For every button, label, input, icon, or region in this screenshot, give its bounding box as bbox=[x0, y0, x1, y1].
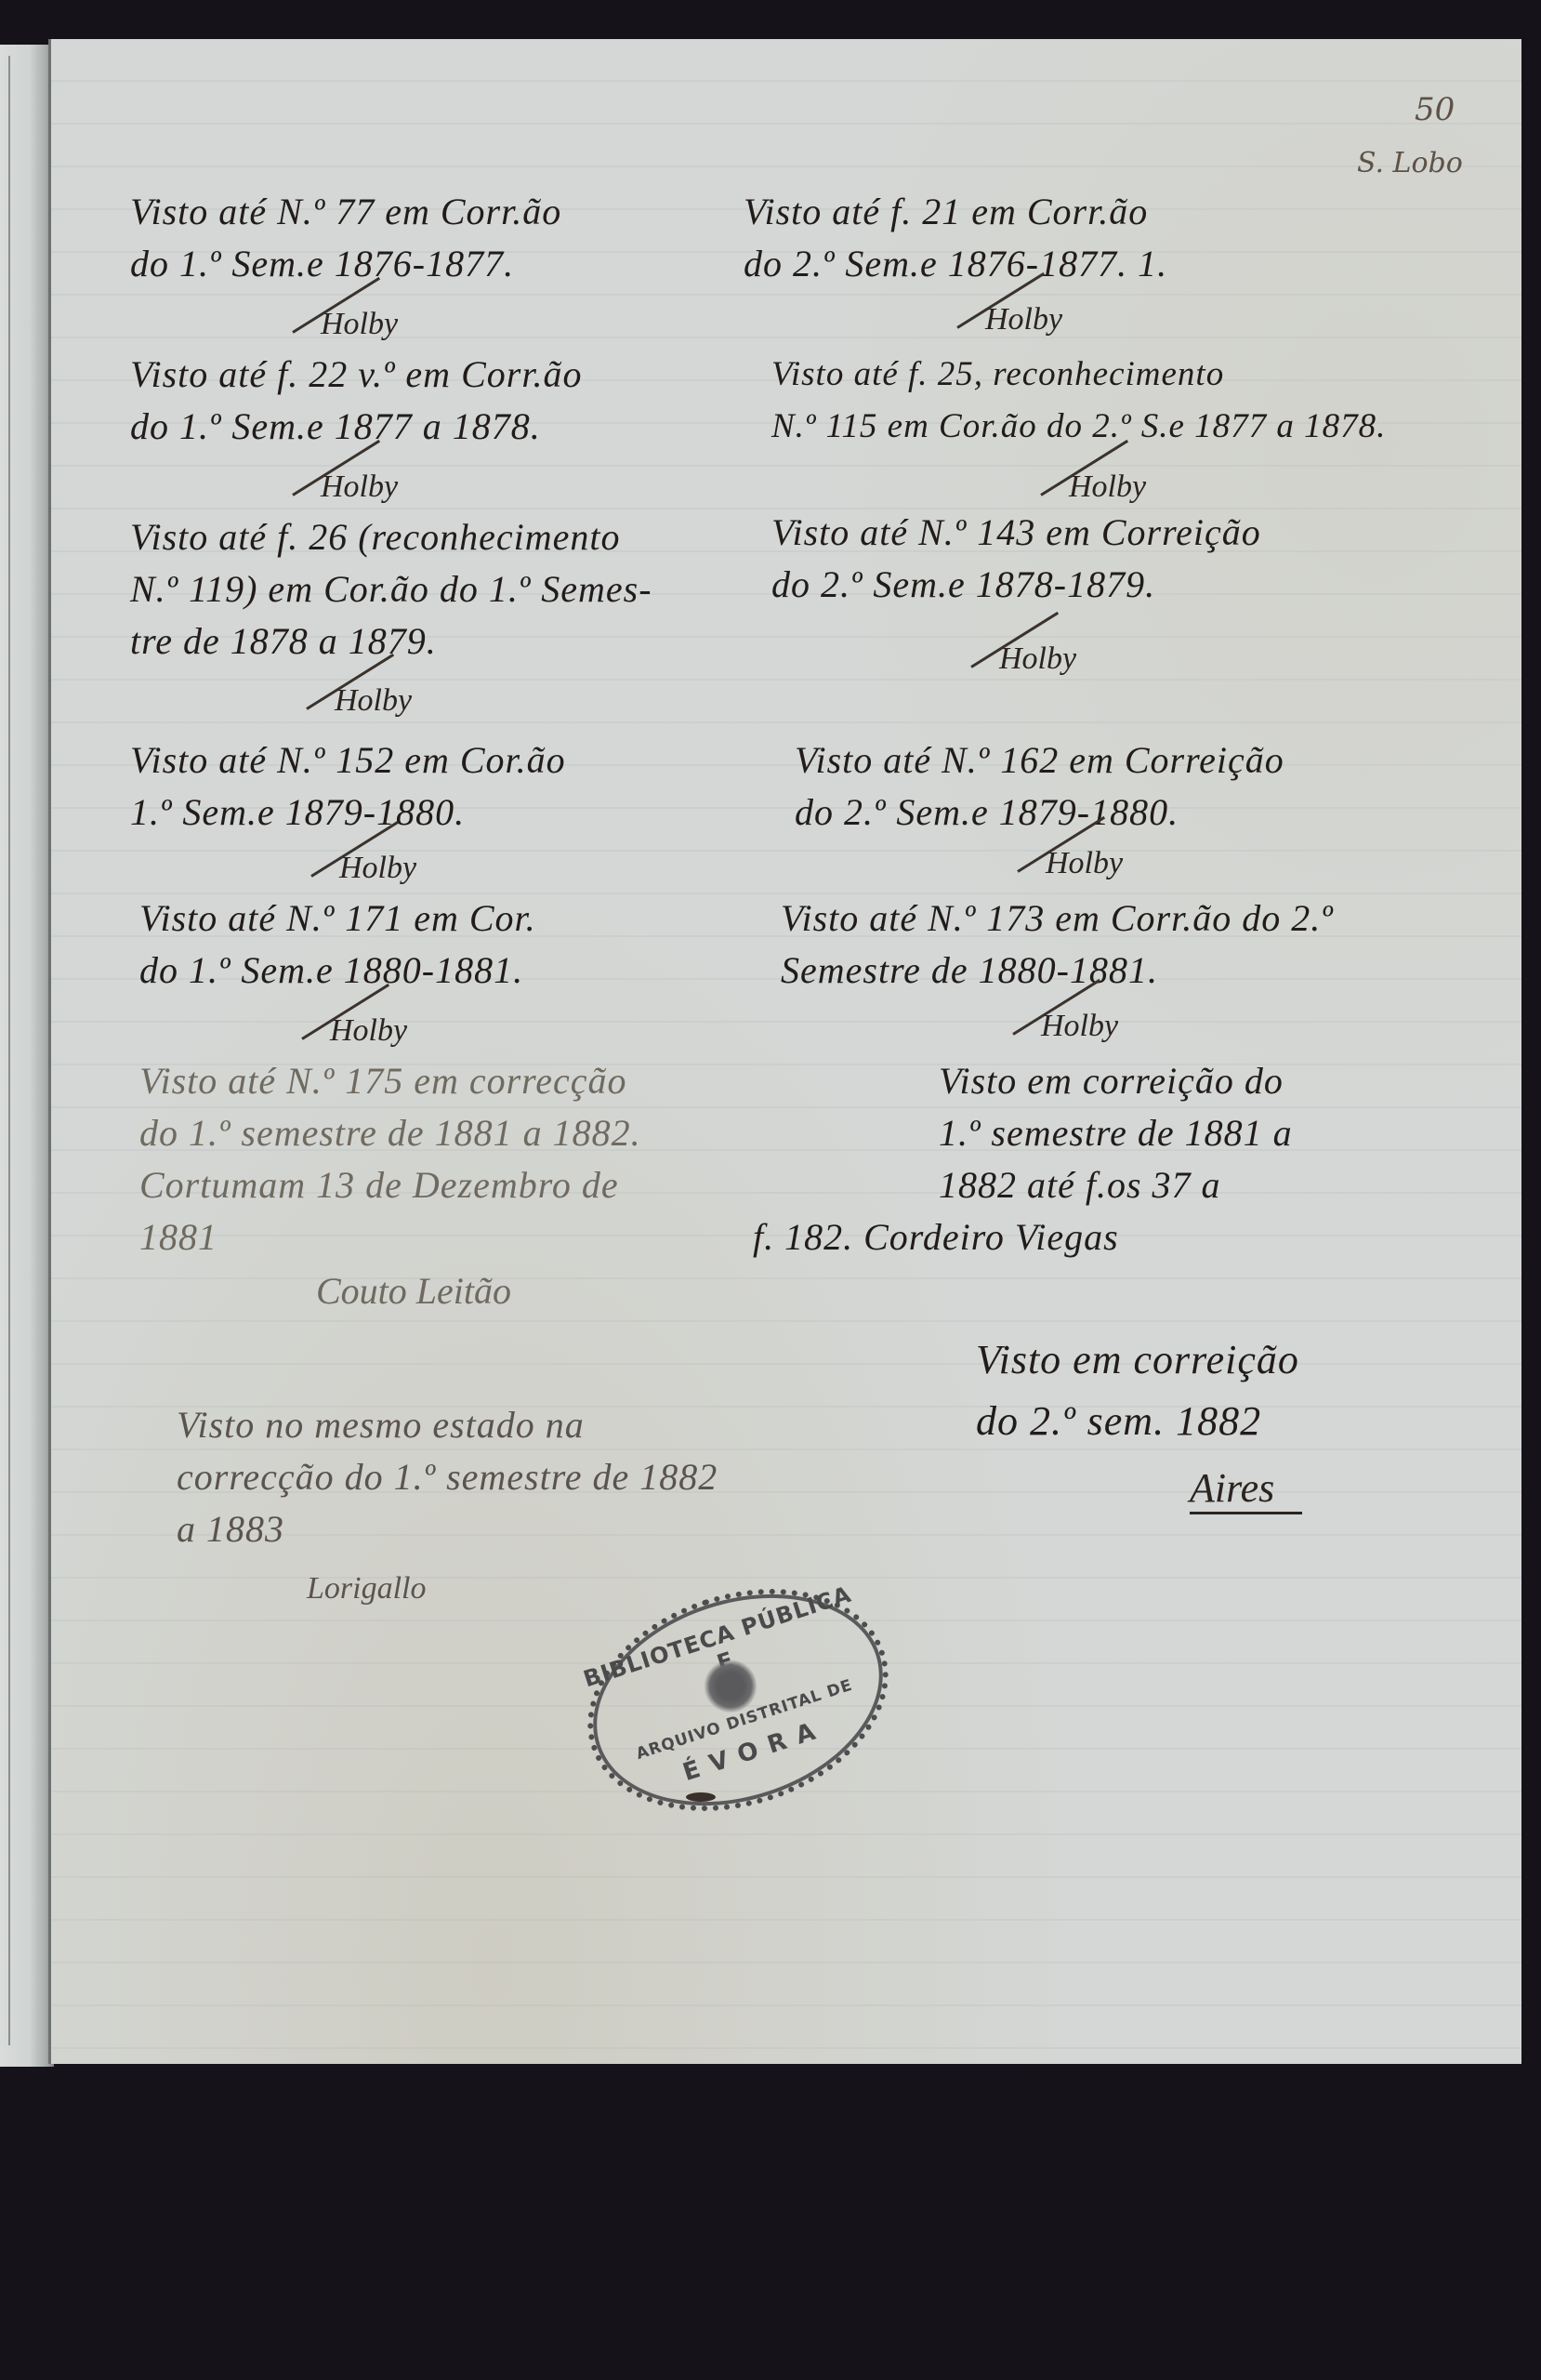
signature: Couto Leitão bbox=[316, 1269, 511, 1313]
signature: Holby bbox=[321, 307, 398, 342]
entry-line: Visto até N.º 152 em Cor.ão bbox=[130, 734, 566, 787]
entry-line: do 2.º Sem.e 1876-1877. 1. bbox=[744, 238, 1167, 290]
entry-right-5: Visto até N.º 173 em Corr.ão do 2.º Seme… bbox=[781, 892, 1334, 997]
entry-line: N.º 115 em Cor.ão do 2.º S.e 1877 a 1878… bbox=[771, 401, 1386, 453]
entry-line: do 1.º Sem.e 1880-1881. bbox=[139, 945, 536, 997]
entry-line: Semestre de 1880-1881. bbox=[781, 945, 1334, 997]
entry-right-1: Visto até f. 21 em Corr.ão do 2.º Sem.e … bbox=[744, 186, 1167, 290]
entry-left-7: Visto no mesmo estado na correcção do 1.… bbox=[177, 1399, 718, 1555]
signature: Aires bbox=[1190, 1464, 1302, 1514]
entry-left-6: Visto até N.º 175 em correcção do 1.º se… bbox=[139, 1055, 641, 1263]
entry-left-1: Visto até N.º 77 em Corr.ão do 1.º Sem.e… bbox=[130, 186, 561, 290]
signature: Holby bbox=[330, 1013, 407, 1049]
entry-right-3: Visto até N.º 143 em Correição do 2.º Se… bbox=[771, 507, 1261, 611]
entry-line: Cortumam 13 de Dezembro de bbox=[139, 1159, 641, 1211]
signature: Holby bbox=[1041, 1009, 1118, 1044]
entry-line: Visto até N.º 171 em Cor. bbox=[139, 892, 536, 945]
signature: Lorigallo bbox=[307, 1571, 426, 1606]
entry-line: Visto até f. 21 em Corr.ão bbox=[744, 186, 1167, 238]
entry-right-7: Visto em correição do 2.º sem. 1882 bbox=[976, 1329, 1299, 1452]
entry-line: tre de 1878 a 1879. bbox=[130, 615, 652, 668]
margin-signature-note: S. Lobo bbox=[1357, 147, 1463, 179]
entry-line: do 2.º Sem.e 1878-1879. bbox=[771, 559, 1261, 611]
entry-line: do 2.º Sem.e 1879-1880. bbox=[795, 787, 1284, 839]
signature: Holby bbox=[321, 469, 398, 505]
signature: Holby bbox=[1046, 846, 1123, 881]
left-page-rule-line bbox=[8, 56, 10, 2045]
signature: Holby bbox=[985, 302, 1062, 337]
page-number: 50 bbox=[1415, 91, 1455, 128]
entry-line: Visto até f. 26 (reconhecimento bbox=[130, 511, 652, 563]
entry-line: Visto em correição do bbox=[939, 1055, 1293, 1107]
entry-line: f. 182. Cordeiro Viegas bbox=[753, 1211, 1293, 1263]
adjacent-left-page bbox=[0, 45, 54, 2067]
entry-line: Visto até N.º 143 em Correição bbox=[771, 507, 1261, 559]
entry-line: 1881 bbox=[139, 1211, 641, 1263]
entry-line: do 1.º Sem.e 1877 a 1878. bbox=[130, 401, 582, 453]
signature: Holby bbox=[339, 851, 416, 886]
signature: Holby bbox=[335, 683, 412, 719]
entry-line: Visto até f. 22 v.º em Corr.ão bbox=[130, 349, 582, 401]
entry-right-2: Visto até f. 25, reconhecimento N.º 115 … bbox=[771, 349, 1386, 453]
entry-line: correcção do 1.º semestre de 1882 bbox=[177, 1451, 718, 1503]
entry-right-4: Visto até N.º 162 em Correição do 2.º Se… bbox=[795, 734, 1284, 839]
entry-line: do 1.º semestre de 1881 a 1882. bbox=[139, 1107, 641, 1159]
entry-line: Visto até N.º 162 em Correição bbox=[795, 734, 1284, 787]
entry-left-3: Visto até f. 26 (reconhecimento N.º 119)… bbox=[130, 511, 652, 668]
ink-blot bbox=[686, 1792, 716, 1802]
entry-line: do 1.º Sem.e 1876-1877. bbox=[130, 238, 561, 290]
entry-left-4: Visto até N.º 152 em Cor.ão 1.º Sem.e 18… bbox=[130, 734, 566, 839]
entry-line: Visto até N.º 173 em Corr.ão do 2.º bbox=[781, 892, 1334, 945]
entry-line: Visto até N.º 175 em correcção bbox=[139, 1055, 641, 1107]
entry-line: 1.º semestre de 1881 a bbox=[939, 1107, 1293, 1159]
entry-line: 1.º Sem.e 1879-1880. bbox=[130, 787, 566, 839]
entry-line: Visto até N.º 77 em Corr.ão bbox=[130, 186, 561, 238]
entry-line: Visto até f. 25, reconhecimento bbox=[771, 349, 1386, 401]
entry-line: a 1883 bbox=[177, 1503, 718, 1555]
entry-line: do 2.º sem. 1882 bbox=[976, 1391, 1299, 1452]
entry-line: Visto no mesmo estado na bbox=[177, 1399, 718, 1451]
signature: Holby bbox=[1069, 469, 1146, 505]
entry-line: Visto em correição bbox=[976, 1329, 1299, 1391]
entry-line: N.º 119) em Cor.ão do 1.º Semes- bbox=[130, 563, 652, 615]
entry-right-6: Visto em correição do 1.º semestre de 18… bbox=[939, 1055, 1293, 1263]
entry-line: 1882 até f.os 37 a bbox=[939, 1159, 1293, 1211]
entry-left-5: Visto até N.º 171 em Cor. do 1.º Sem.e 1… bbox=[139, 892, 536, 997]
entry-left-2: Visto até f. 22 v.º em Corr.ão do 1.º Se… bbox=[130, 349, 582, 453]
signature: Holby bbox=[999, 641, 1076, 677]
